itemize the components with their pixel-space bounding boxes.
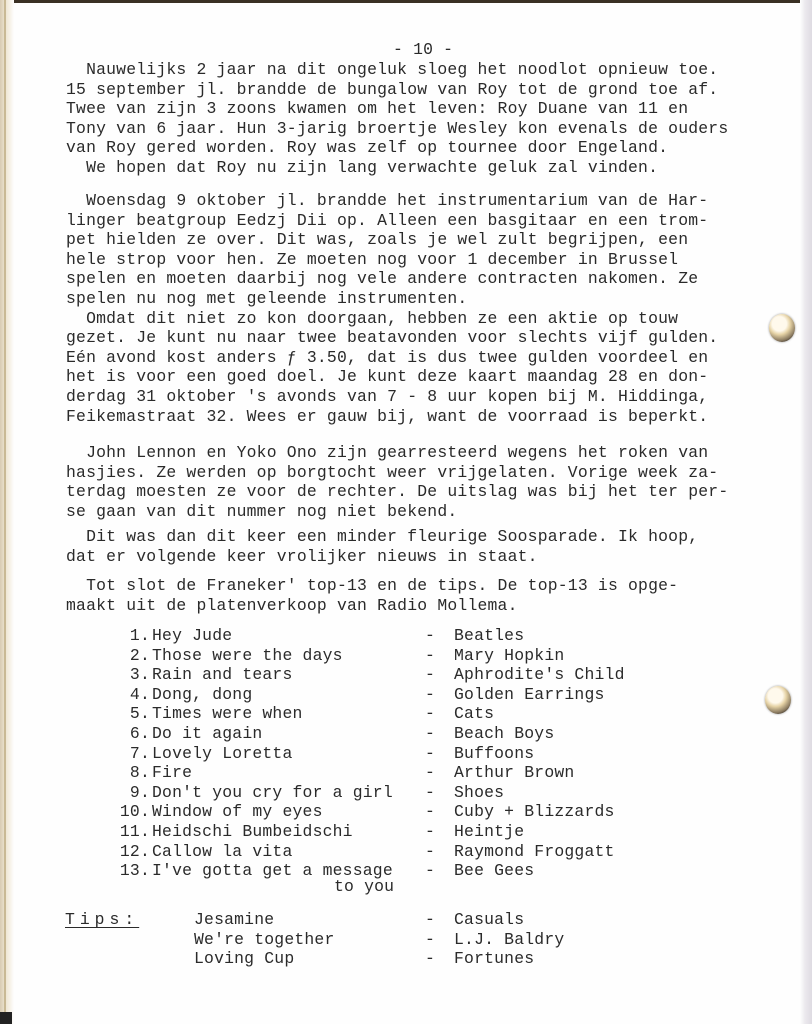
text-line: Feikemastraat 32. Wees er gauw bij, want… [66, 407, 708, 427]
song-title: Those were the days [152, 646, 343, 666]
text-line: 15 september jl. brandde de bungalow van… [66, 80, 718, 100]
text-line: pet hielden ze over. Dit was, zoals je w… [66, 230, 688, 250]
artist-name: Cats [454, 704, 494, 724]
text-line: Nauwelijks 2 jaar na dit ongeluk sloeg h… [66, 60, 718, 80]
artist-name: Heintje [454, 822, 524, 842]
artist-name: Mary Hopkin [454, 646, 564, 666]
separator-dash: - [425, 724, 435, 744]
text-line: John Lennon en Yoko Ono zijn gearresteer… [66, 443, 708, 463]
text-line: linger beatgroup Eedzj Dii op. Alleen ee… [66, 211, 708, 231]
rank: 11. [102, 822, 150, 842]
rank: 2. [102, 646, 150, 666]
separator-dash: - [425, 763, 435, 783]
separator-dash: - [425, 842, 435, 862]
rank: 4. [102, 685, 150, 705]
text-line: Twee van zijn 3 zoons kwamen om het leve… [66, 99, 688, 119]
text-line: hasjies. Ze werden op borgtocht weer vri… [66, 463, 718, 483]
text-line: Dit was dan dit keer een minder fleurige… [66, 527, 698, 547]
text-line: Tot slot de Franeker' top-13 en de tips.… [66, 576, 678, 596]
artist-name: Golden Earrings [454, 685, 605, 705]
separator-dash: - [425, 861, 435, 881]
rank: 7. [102, 744, 150, 764]
song-title: Callow la vita [152, 842, 293, 862]
text-line: spelen nu nog met geleende instrumenten. [66, 289, 467, 309]
tip-song-title: Jesamine [194, 910, 274, 930]
tip-artist-name: L.J. Baldry [454, 930, 564, 950]
separator-dash: - [425, 626, 435, 646]
text-line: Eén avond kost anders ƒ 3.50, dat is dus… [66, 348, 708, 368]
artist-name: Arthur Brown [454, 763, 574, 783]
rank: 6. [102, 724, 150, 744]
artist-name: Bee Gees [454, 861, 534, 881]
rank: 12. [102, 842, 150, 862]
text-line: Woensdag 9 oktober jl. brandde het instr… [66, 191, 708, 211]
artist-name: Aphrodite's Child [454, 665, 625, 685]
text-line: spelen en moeten daarbij nog vele andere… [66, 269, 698, 289]
page-binding-edge [0, 0, 14, 1024]
text-line: dat er volgende keer vrolijker nieuws in… [66, 547, 538, 567]
punch-hole-icon [765, 686, 791, 714]
song-title: Heidschi Bumbeidschi [152, 822, 353, 842]
page-right-edge [800, 0, 812, 1024]
song-title-continued: to you [334, 877, 394, 897]
text-line: se gaan van dit nummer nog niet bekend. [66, 502, 457, 522]
separator-dash: - [425, 665, 435, 685]
song-title: Lovely Loretta [152, 744, 293, 764]
separator-dash: - [425, 744, 435, 764]
separator-dash: - [425, 949, 435, 969]
rank: 1. [102, 626, 150, 646]
song-title: Times were when [152, 704, 303, 724]
song-title: Hey Jude [152, 626, 232, 646]
text-line: gezet. Je kunt nu naar twee beatavonden … [66, 328, 718, 348]
rank: 8. [102, 763, 150, 783]
artist-name: Beach Boys [454, 724, 554, 744]
separator-dash: - [425, 704, 435, 724]
text-line: het is voor een goed doel. Je kunt deze … [66, 367, 708, 387]
song-title: Window of my eyes [152, 802, 323, 822]
artist-name: Buffoons [454, 744, 534, 764]
song-title: Fire [152, 763, 192, 783]
rank: 9. [102, 783, 150, 803]
tip-artist-name: Fortunes [454, 949, 534, 969]
rank: 13. [102, 861, 150, 881]
artist-name: Raymond Froggatt [454, 842, 615, 862]
rank: 5. [102, 704, 150, 724]
rank: 3. [102, 665, 150, 685]
song-title: Dong, dong [152, 685, 252, 705]
page-corner-shadow [0, 1012, 12, 1024]
tip-artist-name: Casuals [454, 910, 524, 930]
separator-dash: - [425, 910, 435, 930]
tip-song-title: We're together [194, 930, 335, 950]
text-line: hele strop voor hen. Ze moeten nog voor … [66, 250, 678, 270]
text-line: Tony van 6 jaar. Hun 3-jarig broertje We… [66, 119, 728, 139]
separator-dash: - [425, 646, 435, 666]
tip-song-title: Loving Cup [194, 949, 294, 969]
song-title: Rain and tears [152, 665, 293, 685]
text-line: maakt uit de platenverkoop van Radio Mol… [66, 596, 518, 616]
separator-dash: - [425, 802, 435, 822]
page-number: - 10 - [393, 40, 453, 60]
separator-dash: - [425, 685, 435, 705]
text-line: derdag 31 oktober 's avonds van 7 - 8 uu… [66, 387, 708, 407]
text-line: van Roy gered worden. Roy was zelf op to… [66, 138, 668, 158]
artist-name: Beatles [454, 626, 524, 646]
artist-name: Cuby + Blizzards [454, 802, 615, 822]
song-title: Don't you cry for a girl [152, 783, 393, 803]
text-line: terdag moesten ze voor de rechter. De ui… [66, 482, 728, 502]
separator-dash: - [425, 822, 435, 842]
page-top-edge [0, 0, 812, 3]
text-line: Omdat dit niet zo kon doorgaan, hebben z… [66, 309, 678, 329]
text-line: We hopen dat Roy nu zijn lang verwachte … [66, 158, 658, 178]
punch-hole-icon [769, 314, 795, 342]
separator-dash: - [425, 783, 435, 803]
tips-heading: Tips: [65, 910, 139, 930]
artist-name: Shoes [454, 783, 504, 803]
separator-dash: - [425, 930, 435, 950]
song-title: Do it again [152, 724, 262, 744]
rank: 10. [102, 802, 150, 822]
